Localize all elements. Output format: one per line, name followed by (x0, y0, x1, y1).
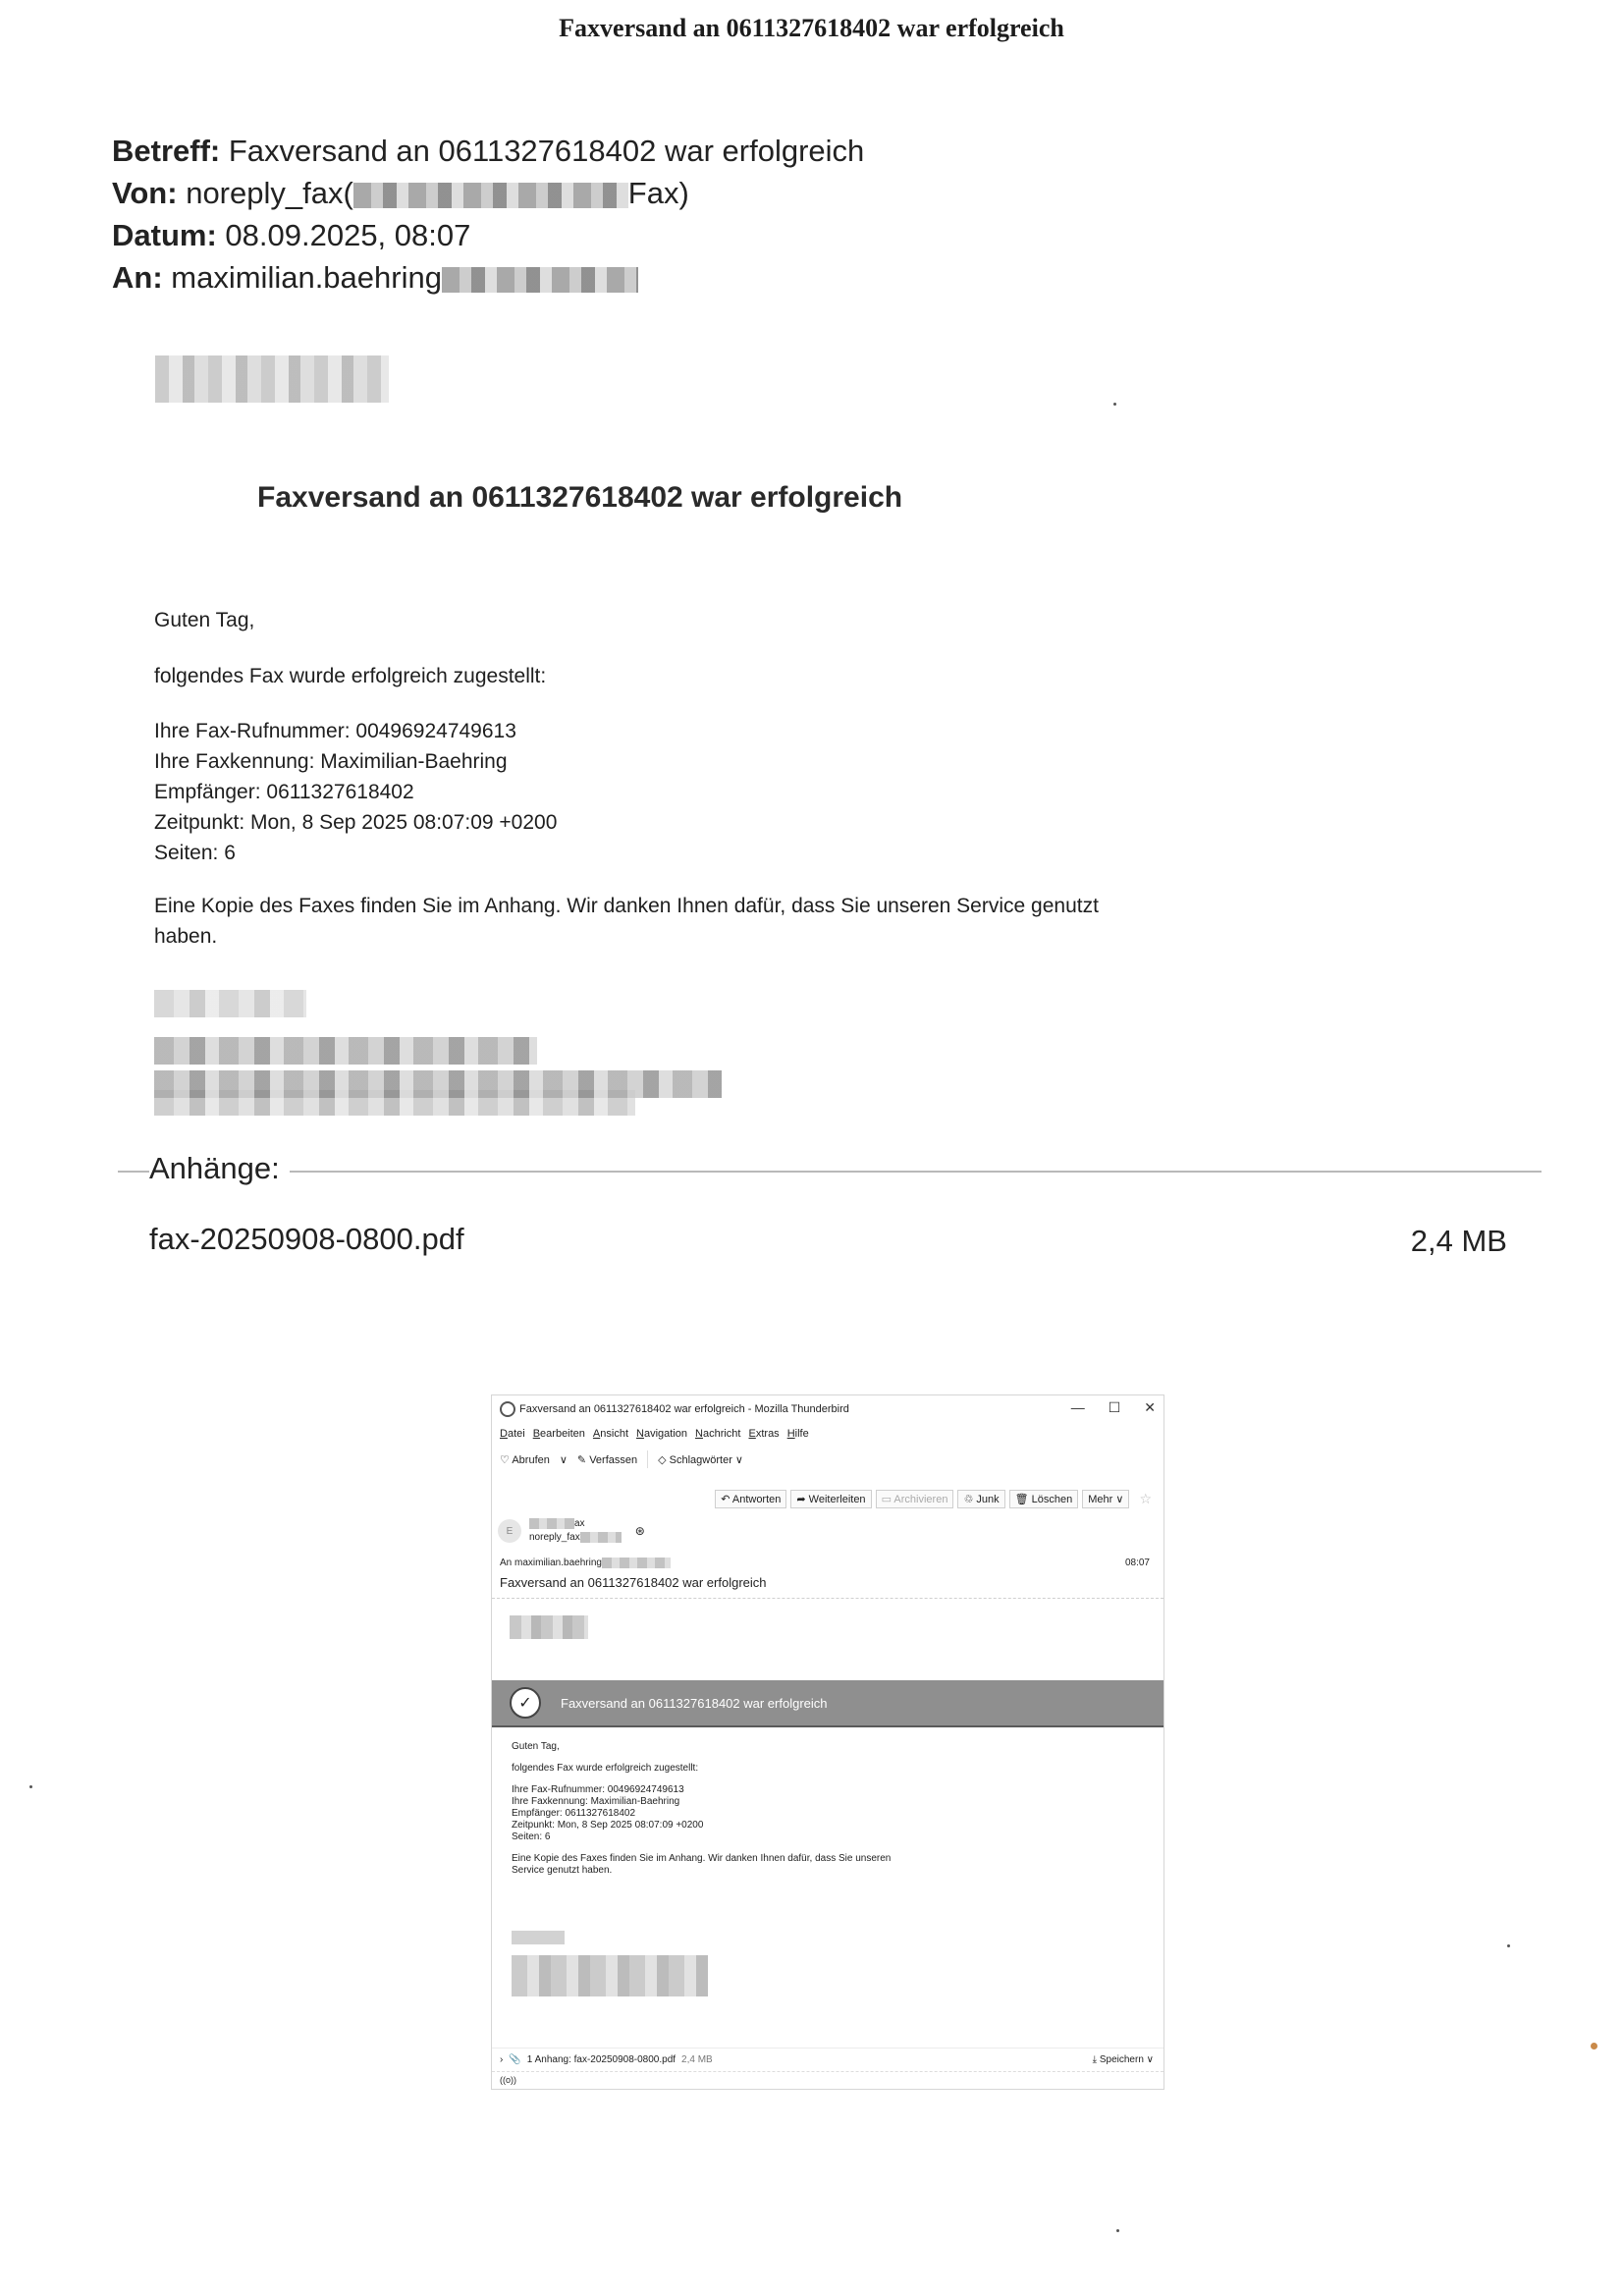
message-time: 08:07 (1125, 1558, 1150, 1568)
save-button[interactable]: ⤓ Speichern ∨ (1093, 2054, 1154, 2065)
header-date: Datum: 08.09.2025, 08:07 (112, 214, 470, 256)
from-label: Von: (112, 176, 178, 210)
closing-line-2: haben. (154, 921, 1099, 952)
paperclip-icon: 📎 (509, 2054, 520, 2065)
recipient-row: An maximilian.baehring 08:07 (492, 1555, 1163, 1570)
redacted-from (353, 183, 628, 208)
intro: folgendes Fax wurde erfolgreich zugestel… (154, 661, 546, 691)
tb-details: Ihre Fax-Rufnummer: 00496924749613 Ihre … (512, 1784, 891, 1843)
compose-label: Verfassen (589, 1454, 637, 1466)
detail-timestamp: Zeitpunkt: Mon, 8 Sep 2025 08:07:09 +020… (154, 807, 557, 838)
attachment-filename[interactable]: fax-20250908-0800.pdf (149, 1222, 464, 1257)
main-toolbar: ♡ Abrufen ∨ ✎ Verfassen ◇ Schlagwörter ∨ (492, 1447, 1163, 1472)
tb-intro: folgendes Fax wurde erfolgreich zugestel… (512, 1763, 891, 1775)
reply-icon: ↶ (721, 1494, 730, 1505)
scan-speck (1591, 2043, 1597, 2050)
sender-name-suffix: ax (574, 1518, 585, 1529)
header-subject: Betreff: Faxversand an 0611327618402 war… (112, 130, 864, 172)
more-label: Mehr (1088, 1494, 1112, 1505)
from-suffix: Fax) (628, 176, 689, 210)
tags-label: Schlagwörter (670, 1454, 732, 1466)
tb-detail-recipient: Empfänger: 0611327618402 (512, 1808, 635, 1819)
message-title: Faxversand an 0611327618402 war erfolgre… (257, 481, 902, 515)
menu-ansicht[interactable]: Ansicht (593, 1428, 628, 1440)
download-icon: ⤓ (1093, 2054, 1097, 2065)
attachment-bar-text[interactable]: 1 Anhang: fax-20250908-0800.pdf (527, 2054, 676, 2065)
save-label: Speichern (1100, 2054, 1144, 2065)
redacted-sender-email (580, 1532, 622, 1543)
tag-icon: ◇ (658, 1454, 666, 1466)
window-title: Faxversand an 0611327618402 war erfolgre… (519, 1403, 849, 1415)
get-mail-label: Abrufen (512, 1454, 550, 1466)
reply-label: Antworten (732, 1494, 782, 1505)
success-banner: ✓ Faxversand an 0611327618402 war erfolg… (492, 1680, 1163, 1727)
junk-icon: ♲ (963, 1494, 973, 1505)
header-divider (492, 1598, 1163, 1599)
recipient-email: maximilian.baehring (514, 1558, 602, 1568)
detail-fax-id: Ihre Faxkennung: Maximilian-Baehring (154, 746, 557, 777)
archive-button[interactable]: ▭ Archivieren (876, 1490, 954, 1508)
compose-button[interactable]: ✎ Verfassen (577, 1453, 637, 1466)
minimize-icon[interactable]: — (1071, 1399, 1085, 1416)
archive-label: Archivieren (893, 1494, 947, 1505)
message-body: Guten Tag, folgendes Fax wurde erfolgrei… (512, 1741, 891, 1886)
sender-avatar: E (498, 1519, 521, 1543)
redacted-sender-name (529, 1518, 574, 1529)
attachments-divider (118, 1171, 1542, 1173)
header-from: Von: noreply_fax(Fax) (112, 172, 689, 214)
header-to: An: maximilian.baehring (112, 256, 638, 299)
forward-label: Weiterleiten (809, 1494, 866, 1505)
subject-value: Faxversand an 0611327618402 war erfolgre… (229, 134, 864, 168)
menubar: Datei Bearbeiten Ansicht Navigation Nach… (492, 1423, 1163, 1445)
delete-button[interactable]: 🗑 Löschen (1009, 1490, 1079, 1508)
reply-button[interactable]: ↶ Antworten (715, 1490, 786, 1508)
message-actions: ↶ Antworten ➦ Weiterleiten ▭ Archivieren… (492, 1488, 1163, 1509)
attachment-bar-size: 2,4 MB (681, 2054, 713, 2065)
redacted-logo (155, 355, 389, 403)
tb-detail-timestamp: Zeitpunkt: Mon, 8 Sep 2025 08:07:09 +020… (512, 1820, 703, 1831)
trash-icon: 🗑 (1015, 1494, 1029, 1505)
scan-speck (1113, 403, 1116, 406)
menu-navigation[interactable]: Navigation (636, 1428, 687, 1440)
junk-label: Junk (976, 1494, 999, 1505)
status-bar: ((o)) (492, 2071, 1163, 2088)
recipient-label: An (500, 1558, 512, 1568)
window-titlebar: Faxversand an 0611327618402 war erfolgre… (492, 1395, 1163, 1423)
sender-email-prefix: noreply_fax (529, 1532, 580, 1543)
tb-detail-pages: Seiten: 6 (512, 1831, 550, 1842)
to-prefix: maximilian.baehring (171, 260, 442, 295)
from-prefix: noreply_fax( (186, 176, 353, 210)
menu-bearbeiten[interactable]: Bearbeiten (533, 1428, 585, 1440)
redacted-tb-signature-name (512, 1931, 565, 1944)
close-icon[interactable]: ✕ (1144, 1399, 1156, 1416)
menu-hilfe[interactable]: Hilfe (787, 1428, 809, 1440)
date-label: Datum: (112, 218, 217, 252)
detail-pages: Seiten: 6 (154, 838, 557, 868)
redacted-signature-line-1 (154, 1037, 537, 1065)
redacted-recipient (602, 1558, 671, 1568)
checkmark-icon: ✓ (510, 1687, 541, 1719)
maximize-icon[interactable]: ☐ (1109, 1399, 1121, 1416)
scan-speck (1116, 2229, 1119, 2232)
print-title: Faxversand an 0611327618402 war erfolgre… (0, 14, 1623, 43)
menu-nachricht[interactable]: Nachricht (695, 1428, 740, 1440)
forward-button[interactable]: ➦ Weiterleiten (790, 1490, 871, 1508)
subject-row: Faxversand an 0611327618402 war erfolgre… (492, 1572, 1163, 1592)
menu-datei[interactable]: Datei (500, 1428, 525, 1440)
redacted-logo-small (510, 1615, 588, 1639)
to-label: An: (112, 260, 163, 295)
detail-fax-number: Ihre Fax-Rufnummer: 00496924749613 (154, 716, 557, 746)
more-button[interactable]: Mehr ∨ (1082, 1490, 1129, 1508)
forward-icon: ➦ (796, 1494, 805, 1505)
subject-label: Betreff: (112, 134, 220, 168)
detail-recipient: Empfänger: 0611327618402 (154, 777, 557, 807)
expand-chevron-icon[interactable]: › (500, 2054, 503, 2065)
attachment-size: 2,4 MB (1411, 1224, 1507, 1259)
get-mail-button[interactable]: ♡ Abrufen (500, 1453, 550, 1466)
attachment-bar[interactable]: › 📎 1 Anhang: fax-20250908-0800.pdf 2,4 … (492, 2048, 1163, 2070)
tb-closing-line-1: Eine Kopie des Faxes finden Sie im Anhan… (512, 1853, 891, 1864)
date-value: 08.09.2025, 08:07 (225, 218, 470, 252)
fax-details: Ihre Fax-Rufnummer: 00496924749613 Ihre … (154, 716, 557, 868)
archive-icon: ▭ (882, 1494, 892, 1505)
redacted-signature-name (154, 990, 306, 1017)
tb-closing-line-2: Service genutzt haben. (512, 1865, 612, 1876)
tb-detail-fax-id: Ihre Faxkennung: Maximilian-Baehring (512, 1796, 679, 1807)
online-status-icon: ((o)) (500, 2075, 516, 2085)
tb-detail-fax-number: Ihre Fax-Rufnummer: 00496924749613 (512, 1784, 684, 1795)
tb-greeting: Guten Tag, (512, 1741, 891, 1753)
menu-extras[interactable]: Extras (749, 1428, 780, 1440)
scan-speck (29, 1785, 32, 1788)
closing: Eine Kopie des Faxes finden Sie im Anhan… (154, 891, 1099, 952)
get-mail-dropdown-icon[interactable]: ∨ (560, 1453, 568, 1466)
tb-closing: Eine Kopie des Faxes finden Sie im Anhan… (512, 1853, 891, 1877)
banner-text: Faxversand an 0611327618402 war erfolgre… (561, 1696, 828, 1711)
pencil-icon: ✎ (577, 1454, 586, 1466)
attachments-label: Anhänge: (149, 1151, 290, 1186)
redacted-tb-signature (512, 1955, 708, 1996)
star-icon[interactable]: ☆ (1139, 1491, 1152, 1507)
contact-icon[interactable]: ⊛ (635, 1524, 645, 1538)
get-mail-icon: ♡ (500, 1454, 510, 1466)
thunderbird-logo-icon (500, 1401, 515, 1417)
tags-button[interactable]: ◇ Schlagwörter ∨ (658, 1453, 743, 1466)
greeting: Guten Tag, (154, 605, 254, 635)
thunderbird-window-screenshot: Faxversand an 0611327618402 war erfolgre… (491, 1394, 1164, 2090)
sender-row: E ax noreply_fax ⊛ (492, 1513, 1163, 1549)
scan-speck (1507, 1944, 1510, 1947)
junk-button[interactable]: ♲ Junk (957, 1490, 1004, 1508)
closing-line-1: Eine Kopie des Faxes finden Sie im Anhan… (154, 891, 1099, 921)
redacted-to (442, 267, 638, 293)
redacted-signature-line-3 (154, 1090, 635, 1116)
delete-label: Löschen (1032, 1494, 1073, 1505)
toolbar-separator (647, 1450, 648, 1468)
